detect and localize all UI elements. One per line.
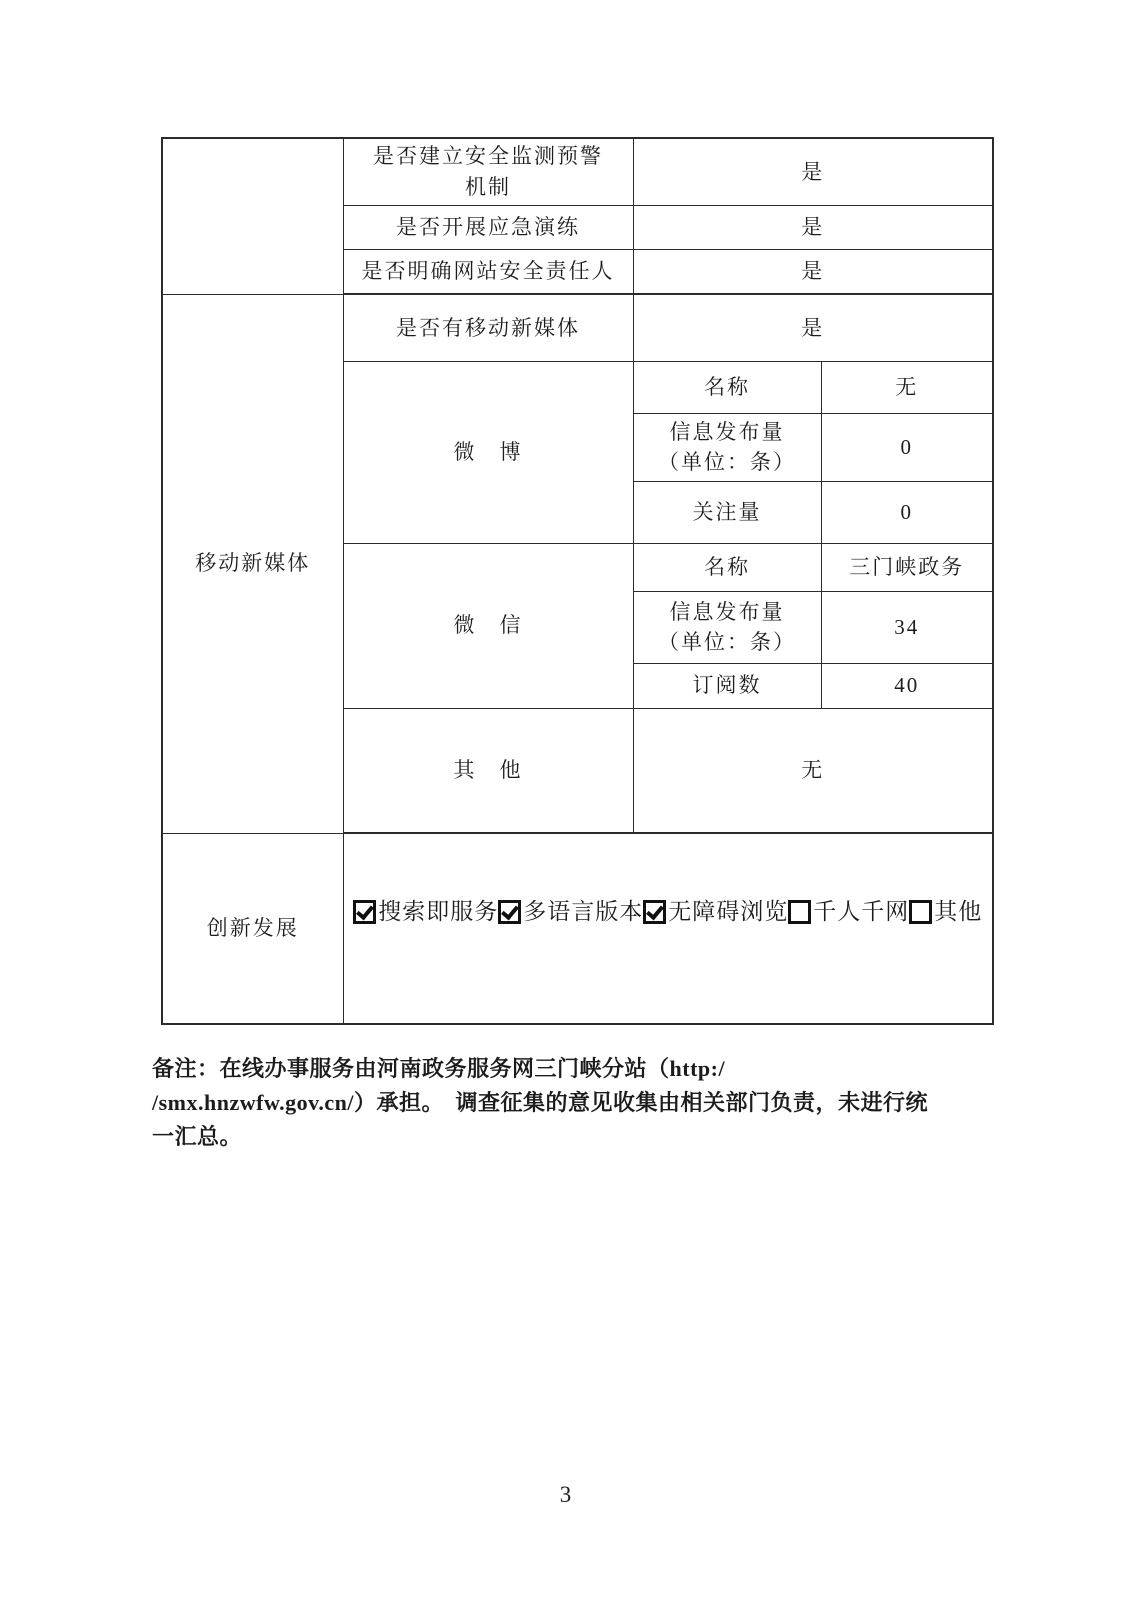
option-label: 无障碍浏览 <box>668 895 788 928</box>
weibo-name-label: 名称 <box>633 361 821 413</box>
innovation-options-line: 搜索即服务 多语言版本 无障碍浏览 千人千网 <box>348 895 989 928</box>
row-label-line: （单位：条） <box>638 447 817 477</box>
checkbox-unchecked-icon <box>909 900 932 924</box>
checkbox-checked-icon <box>643 900 666 924</box>
footnote-line: /smx.hnzwfw.gov.cn/）承担。 调查征集的意见收集由相关部门负责… <box>152 1086 992 1120</box>
emergency-drill-label: 是否开展应急演练 <box>343 205 633 249</box>
option-personalization: 千人千网 <box>788 895 909 928</box>
row-label-line: 是否建立安全监测预警 <box>348 141 629 171</box>
annual-report-table: 是否建立安全监测预警 机制 是 是否开展应急演练 是 是否明确网站安全责任人 是… <box>161 137 994 1025</box>
row-label-line: 机制 <box>348 172 629 202</box>
checkbox-checked-icon <box>353 900 376 924</box>
row-label-line: （单位：条） <box>638 627 817 657</box>
has-mobile-media-label: 是否有移动新媒体 <box>343 294 633 361</box>
has-mobile-media-value: 是 <box>633 294 993 361</box>
row-label-line: 信息发布量 <box>638 597 817 627</box>
row-label-line: 信息发布量 <box>638 417 817 447</box>
weibo-posts-value: 0 <box>821 413 993 481</box>
weibo-name-value: 无 <box>821 361 993 413</box>
checkbox-unchecked-icon <box>788 900 811 924</box>
option-search-as-service: 搜索即服务 <box>353 895 498 928</box>
wechat-name-label: 名称 <box>633 543 821 591</box>
document-page: 是否建立安全监测预警 机制 是 是否开展应急演练 是 是否明确网站安全责任人 是… <box>0 0 1131 1600</box>
checkbox-checked-icon <box>498 900 521 924</box>
table-row: 创新发展 搜索即服务 多语言版本 无障碍浏览 <box>162 833 993 1024</box>
innovation-options-cell: 搜索即服务 多语言版本 无障碍浏览 千人千网 <box>343 833 993 1024</box>
option-other: 其他 <box>909 895 982 928</box>
footnote-line: 一汇总。 <box>152 1120 992 1154</box>
wechat-posts-label: 信息发布量 （单位：条） <box>633 591 821 663</box>
option-accessibility: 无障碍浏览 <box>643 895 788 928</box>
security-owner-label: 是否明确网站安全责任人 <box>343 249 633 294</box>
page-number: 3 <box>0 1482 1131 1508</box>
security-group-label-cell <box>162 138 343 294</box>
other-media-label: 其 他 <box>343 708 633 833</box>
weibo-followers-value: 0 <box>821 481 993 543</box>
wechat-subscribers-value: 40 <box>821 663 993 708</box>
security-monitor-label: 是否建立安全监测预警 机制 <box>343 138 633 205</box>
emergency-drill-value: 是 <box>633 205 993 249</box>
option-label: 搜索即服务 <box>378 895 498 928</box>
option-multilingual: 多语言版本 <box>498 895 643 928</box>
table-row: 是否建立安全监测预警 机制 是 <box>162 138 993 205</box>
weibo-followers-label: 关注量 <box>633 481 821 543</box>
footnote: 备注：在线办事服务由河南政务服务网三门峡分站（http:/ /smx.hnzwf… <box>152 1052 992 1154</box>
footnote-line: 备注：在线办事服务由河南政务服务网三门峡分站（http:/ <box>152 1052 992 1086</box>
weibo-posts-label: 信息发布量 （单位：条） <box>633 413 821 481</box>
innovation-group-label: 创新发展 <box>162 833 343 1024</box>
wechat-group-label: 微 信 <box>343 543 633 708</box>
option-label: 多语言版本 <box>523 895 643 928</box>
option-label: 千人千网 <box>813 895 909 928</box>
other-media-value: 无 <box>633 708 993 833</box>
wechat-subscribers-label: 订阅数 <box>633 663 821 708</box>
option-label: 其他 <box>934 895 982 928</box>
table-row: 移动新媒体 是否有移动新媒体 是 <box>162 294 993 361</box>
security-owner-value: 是 <box>633 249 993 294</box>
mobile-media-group-label: 移动新媒体 <box>162 294 343 833</box>
wechat-name-value: 三门峡政务 <box>821 543 993 591</box>
wechat-posts-value: 34 <box>821 591 993 663</box>
weibo-group-label: 微 博 <box>343 361 633 543</box>
security-monitor-value: 是 <box>633 138 993 205</box>
